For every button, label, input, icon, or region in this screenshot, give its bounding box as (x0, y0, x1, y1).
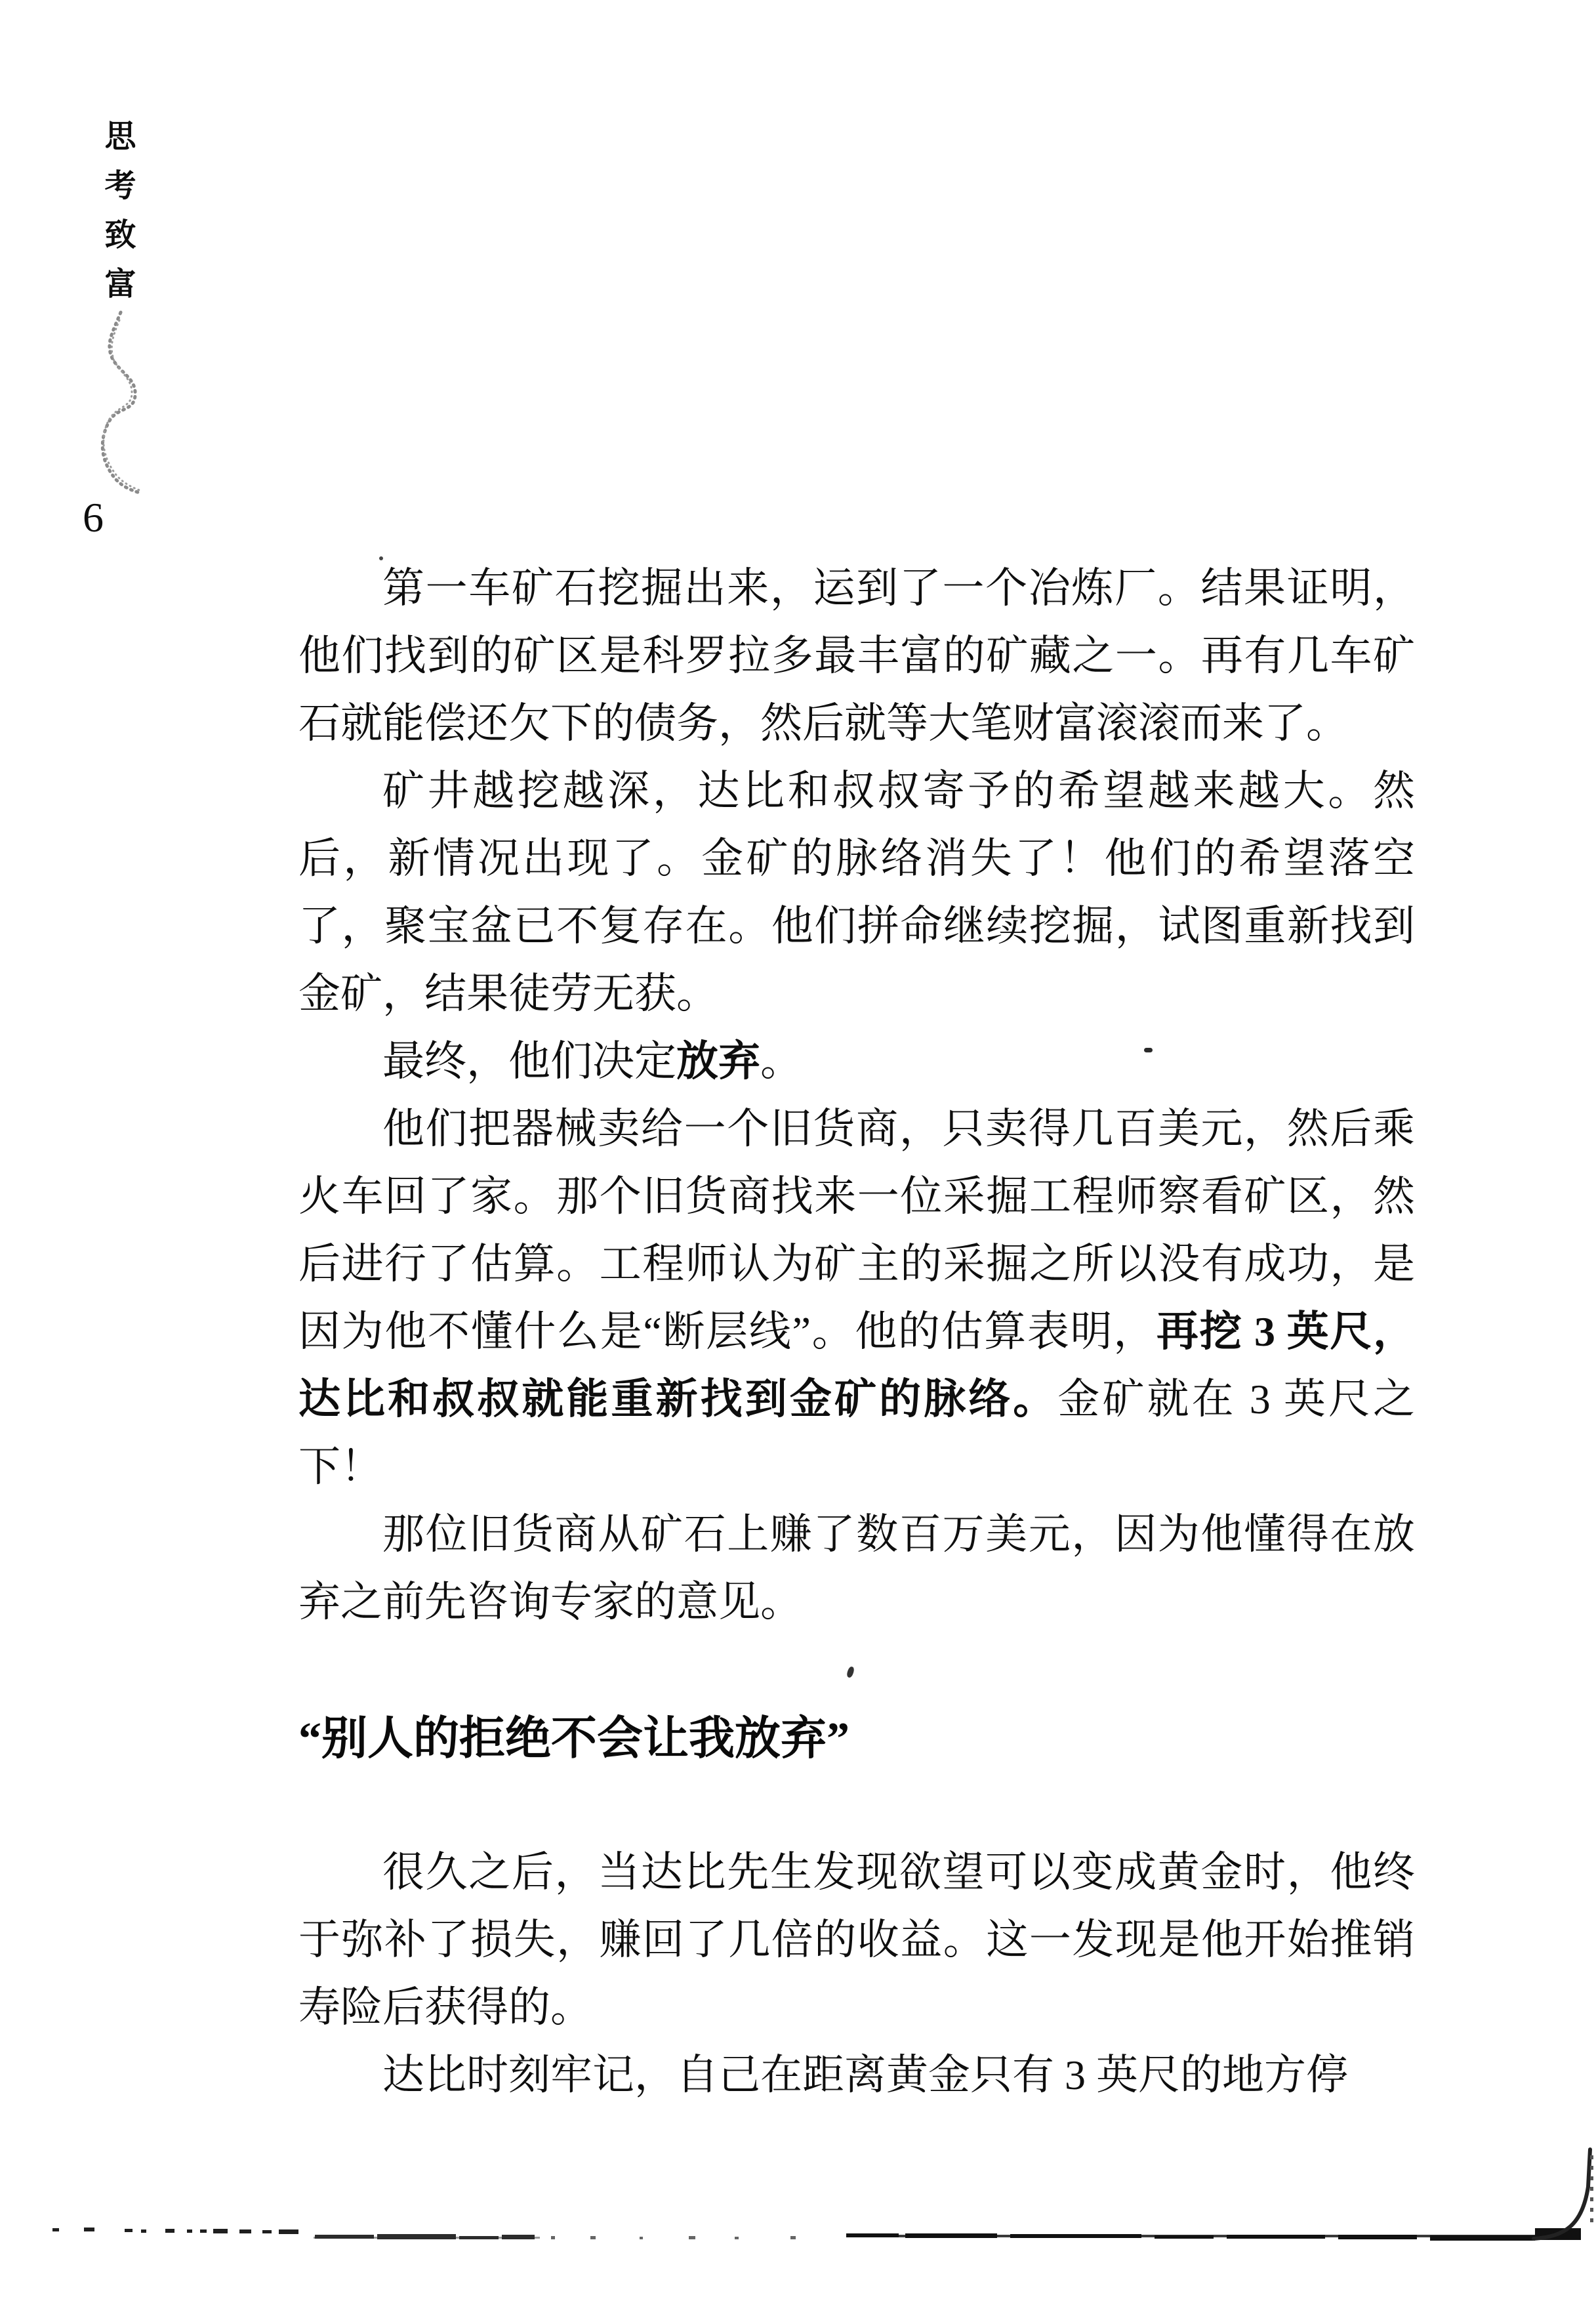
scan-artifact-dash (905, 2233, 997, 2238)
book-title-vertical: 思考致富 (94, 119, 140, 316)
scan-artifact-dash (1338, 2235, 1417, 2239)
book-page: 思考致富 6 第一车矿石挖掘出来，运到了一个冶炼厂。结果证明，他们找到的矿区是科… (0, 0, 1596, 2301)
scan-artifact-dash (1010, 2234, 1141, 2238)
scan-artifact-dash (279, 2229, 298, 2234)
scan-artifact-dash (52, 2228, 59, 2231)
scan-artifact-dash (187, 2229, 192, 2233)
scan-artifact-dash (84, 2228, 94, 2231)
scan-artifact-dash (502, 2235, 535, 2239)
scan-artifact-dash (551, 2236, 555, 2239)
section-heading: “别人的拒绝不会让我放弃” (298, 1705, 1415, 1773)
scan-artifact-dash (590, 2236, 596, 2239)
scan-artifact-dash (165, 2229, 174, 2233)
text-run: 。 (760, 1038, 802, 1085)
scan-artifact-dash (640, 2237, 643, 2239)
scan-artifact-dash (262, 2230, 272, 2233)
scan-artifact-curl (1528, 2144, 1596, 2252)
body-paragraph: 矿井越挖越深，达比和叔叔寄予的希望越来越大。然后，新情况出现了。金矿的脉络消失了… (298, 757, 1415, 1027)
body-paragraph: 他们把器械卖给一个旧货商，只卖得几百美元，然后乘火车回了家。那个旧货商找来一位采… (298, 1095, 1415, 1501)
text-run: 达比时刻牢记，自己在距离黄金只有 3 英尺的地方停 (382, 2052, 1348, 2098)
scan-artifact-edge-dots (1590, 2155, 1593, 2228)
body-paragraph: 那位旧货商从矿石上赚了数百万美元，因为他懂得在放弃之前先咨询专家的意见。 (298, 1501, 1415, 1636)
body-paragraph: 很久之后，当达比先生发现欲望可以变成黄金时，他终于弥补了损失，赚回了几倍的收益。… (298, 1838, 1415, 2041)
scan-artifact-dash (315, 2235, 374, 2239)
emphasis-text: 放弃 (676, 1038, 760, 1085)
scan-artifact-dash (200, 2229, 207, 2233)
scan-artifact-dash (846, 2233, 899, 2237)
scan-speck (1144, 1048, 1153, 1052)
body-paragraph: 第一车矿石挖掘出来，运到了一个冶炼厂。结果证明，他们找到的矿区是科罗拉多最丰富的… (298, 554, 1415, 757)
text-run: 矿井越挖越深，达比和叔叔寄予的希望越来越大。然后，新情况出现了。金矿的脉络消失了… (298, 768, 1415, 1017)
scan-artifact-dash (1227, 2235, 1325, 2239)
body-text: 第一车矿石挖掘出来，运到了一个冶炼厂。结果证明，他们找到的矿区是科罗拉多最丰富的… (298, 554, 1415, 2109)
body-paragraph: 达比时刻牢记，自己在距离黄金只有 3 英尺的地方停 (298, 2041, 1415, 2109)
body-paragraph: 最终，他们决定放弃。 (298, 1027, 1415, 1095)
scan-artifact-dash (790, 2236, 796, 2239)
scan-artifact-dash (377, 2234, 456, 2239)
scan-artifact-dash (141, 2229, 146, 2233)
scan-artifact-dash (1155, 2235, 1214, 2239)
text-run: 第一车矿石挖掘出来，运到了一个冶炼厂。结果证明，他们找到的矿区是科罗拉多最丰富的… (298, 565, 1415, 747)
scan-speck (379, 556, 383, 560)
scan-artifact-dash (1430, 2235, 1535, 2241)
scan-artifact-dash (689, 2236, 695, 2239)
emphasis-text: “别人的拒绝不会让我放弃” (298, 1714, 849, 1764)
text-run: 最终，他们决定 (382, 1038, 676, 1085)
scan-artifact-dash (459, 2236, 499, 2239)
text-run: 很久之后，当达比先生发现欲望可以变成黄金时，他终于弥补了损失，赚回了几倍的收益。… (298, 1849, 1415, 2031)
scan-artifact-dash (239, 2229, 251, 2233)
scan-artifact-dash (735, 2237, 739, 2239)
page-number: 6 (83, 493, 104, 542)
text-run: 那位旧货商从矿石上赚了数百万美元，因为他懂得在放弃之前先咨询专家的意见。 (298, 1511, 1415, 1625)
flourish-ornament (76, 307, 148, 510)
scan-artifact-dash (213, 2229, 228, 2233)
scan-artifact-dash (125, 2229, 133, 2232)
